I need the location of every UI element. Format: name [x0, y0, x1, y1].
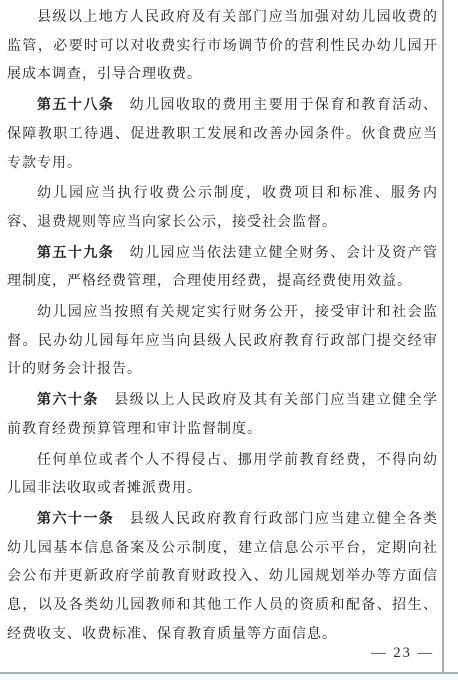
- document-page: 县级以上地方人民政府及有关部门应当加强对幼儿园收费的监管，必要时可以对收费实行市…: [0, 0, 458, 680]
- article-number: 第五十八条: [37, 98, 130, 113]
- scan-background-strip: [0, 674, 458, 680]
- paragraph: 第六十条县级以上人民政府及其有关部门应当建立健全学前教育经费预算管理和审计监督制…: [7, 387, 438, 444]
- paragraph-text: 任何单位或者个人不得侵占、挪用学前教育经费，不得向幼儿园非法收取或者摊派费用。: [7, 453, 438, 497]
- article-number: 第五十九条: [37, 246, 130, 261]
- paragraph: 第五十八条幼儿园收取的费用主要用于保育和教育活动、保障教职工待遇、促进教职工发展…: [7, 92, 438, 178]
- paragraph: 县级以上地方人民政府及有关部门应当加强对幼儿园收费的监管，必要时可以对收费实行市…: [7, 4, 438, 90]
- paragraph-text: 幼儿园应当执行收费公示制度，收费项目和标准、服务内容、退费规则等应当向家长公示，…: [7, 186, 438, 230]
- document-body: 县级以上地方人民政府及有关部门应当加强对幼儿园收费的监管，必要时可以对收费实行市…: [7, 4, 438, 651]
- page-number: — 23 —: [0, 645, 434, 662]
- paragraph-text: 县级以上地方人民政府及有关部门应当加强对幼儿园收费的监管，必要时可以对收费实行市…: [7, 10, 438, 82]
- paragraph: 任何单位或者个人不得侵占、挪用学前教育经费，不得向幼儿园非法收取或者摊派费用。: [7, 447, 438, 504]
- article-number: 第六十一条: [37, 512, 130, 527]
- paragraph: 第五十九条幼儿园应当依法建立健全财务、会计及资产管理制度，严格经费管理，合理使用…: [7, 240, 438, 297]
- paragraph-text: 县级人民政府教育行政部门应当建立健全各类幼儿园基本信息备案及公示制度，建立信息公…: [7, 512, 438, 642]
- page-edge-line-right: [442, 0, 444, 673]
- article-number: 第六十条: [37, 393, 114, 408]
- paragraph: 第六十一条县级人民政府教育行政部门应当建立健全各类幼儿园基本信息备案及公示制度，…: [7, 506, 438, 650]
- paragraph: 幼儿园应当按照有关规定实行财务公开，接受审计和社会监督。民办幼儿园每年应当向县级…: [7, 299, 438, 385]
- paragraph-text: 幼儿园应当按照有关规定实行财务公开，接受审计和社会监督。民办幼儿园每年应当向县级…: [7, 305, 438, 377]
- paragraph: 幼儿园应当执行收费公示制度，收费项目和标准、服务内容、退费规则等应当向家长公示，…: [7, 180, 438, 237]
